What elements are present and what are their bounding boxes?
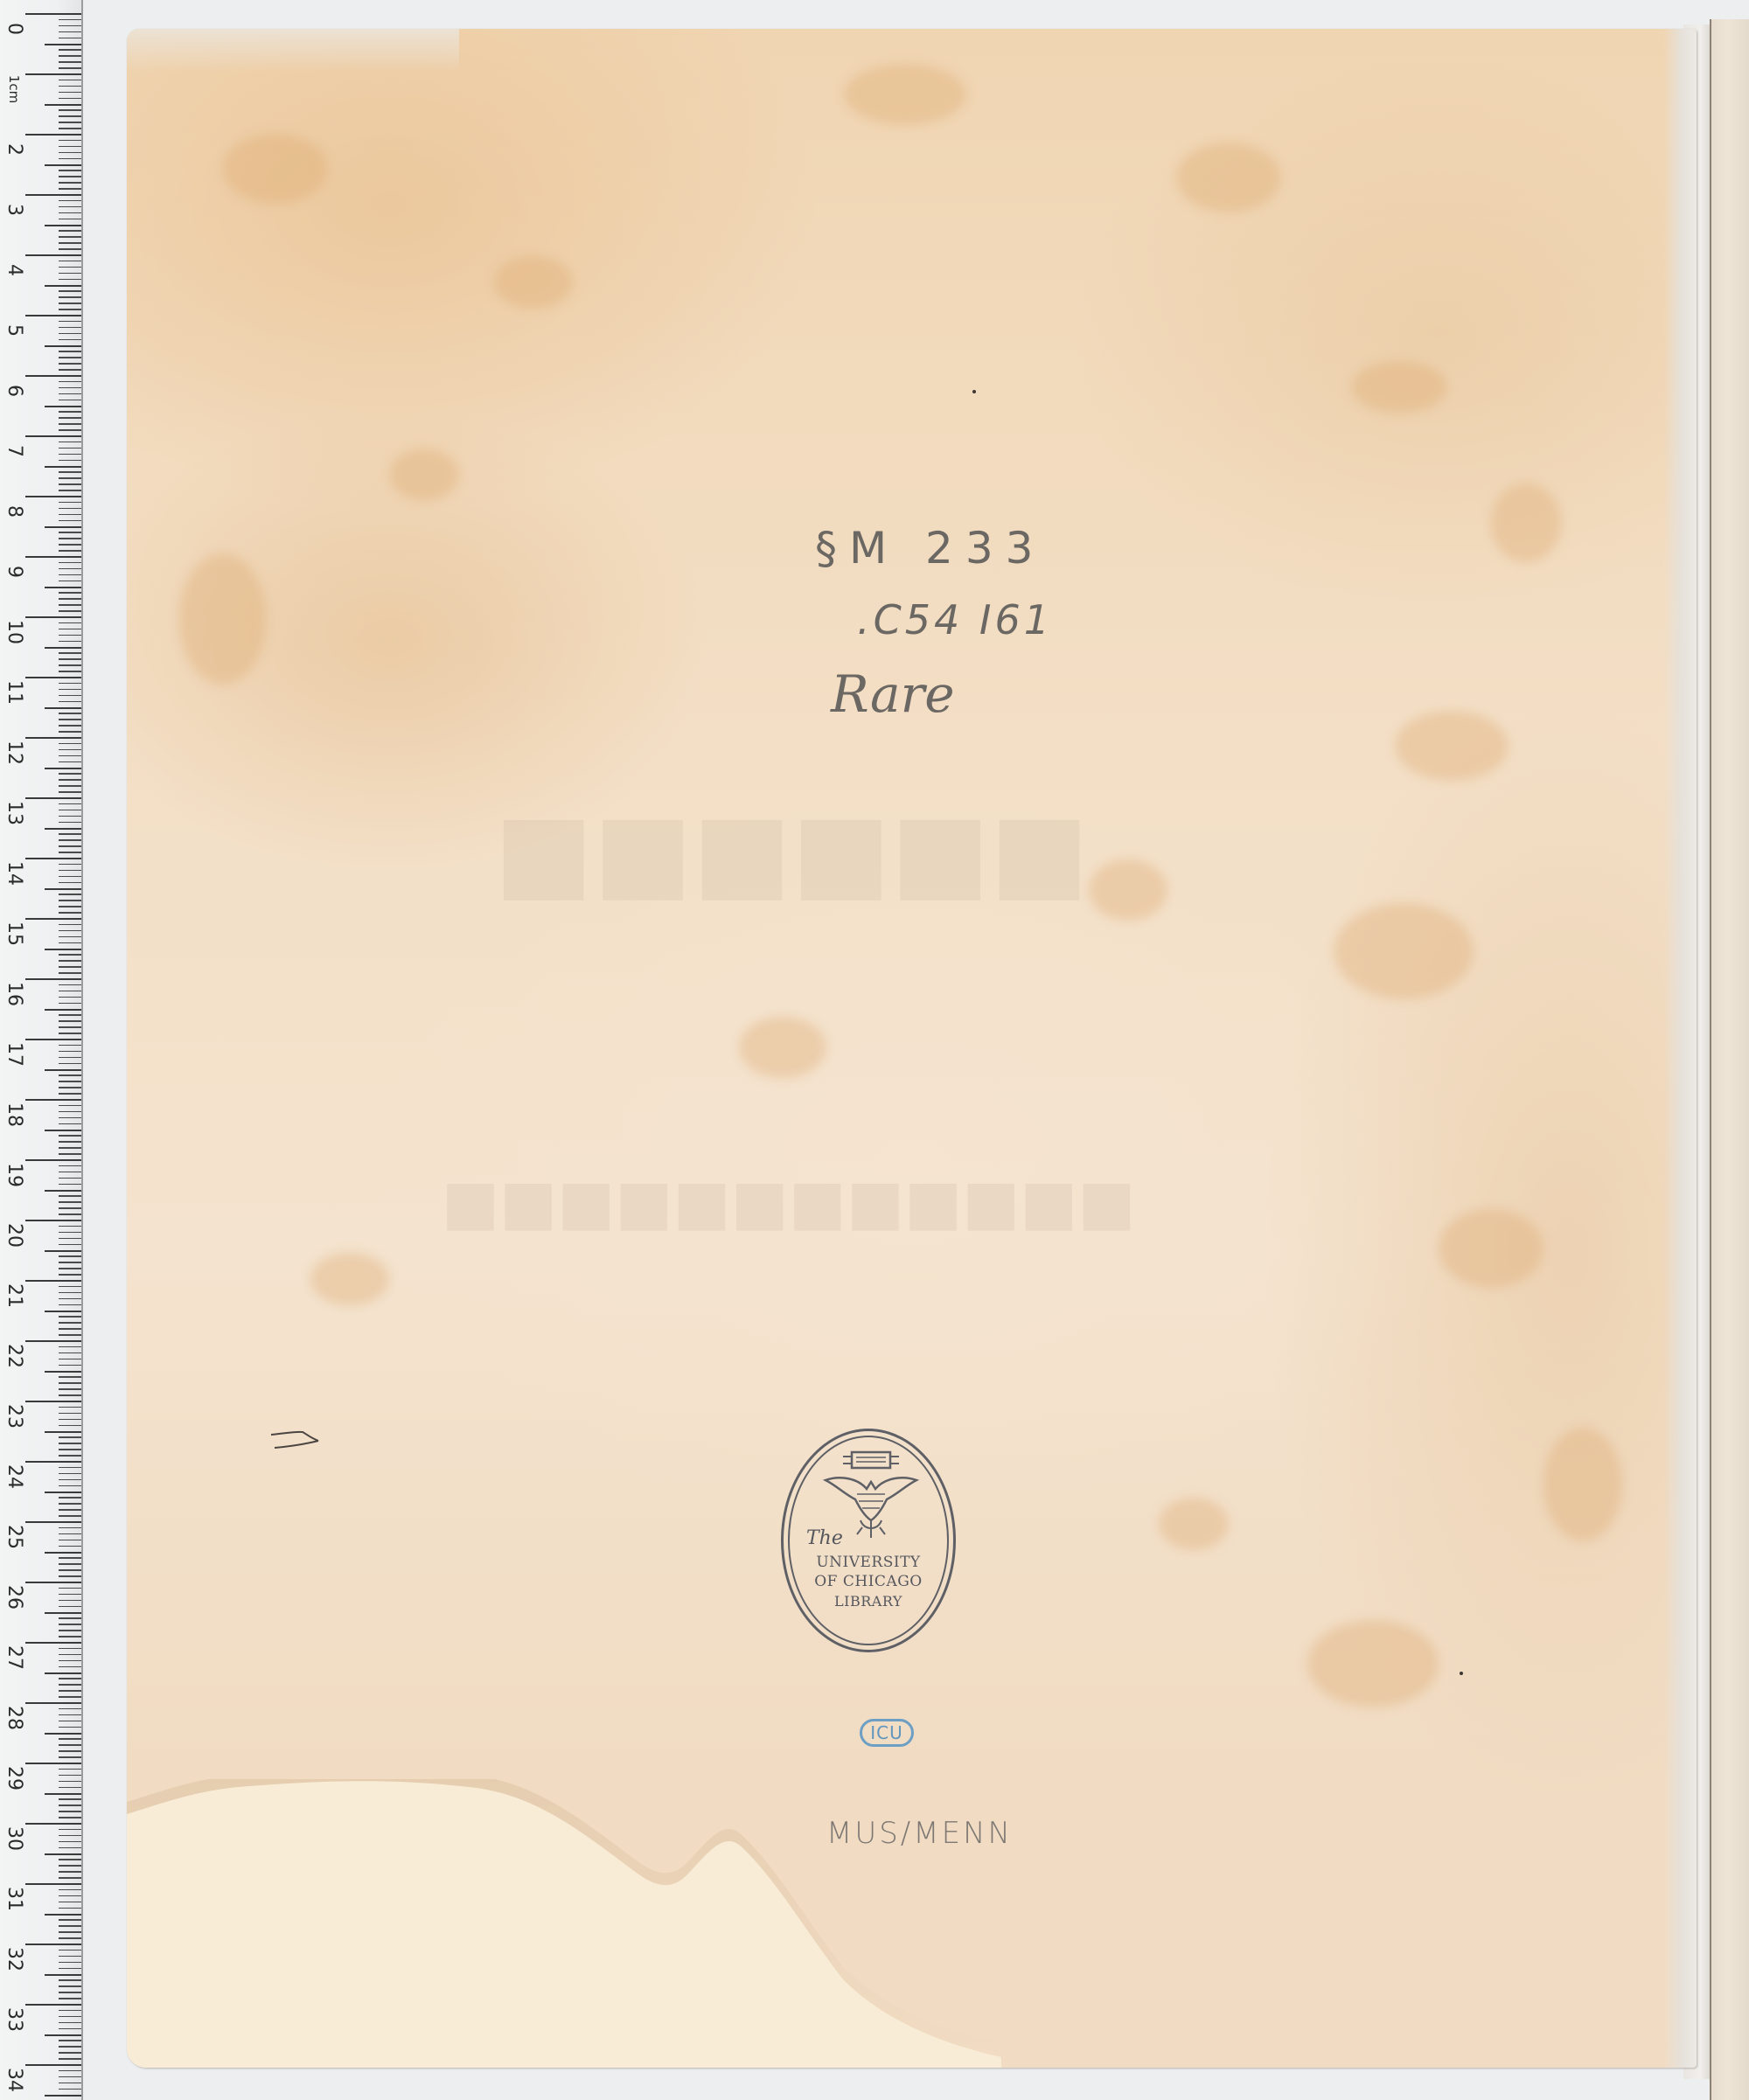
ruler-tick xyxy=(59,562,81,564)
ruler-label: 18 xyxy=(2,1102,26,1127)
ruler-tick xyxy=(25,2064,81,2066)
ruler-tick xyxy=(59,1546,81,1547)
ruler-tick xyxy=(59,1769,81,1770)
ruler-tick xyxy=(59,870,81,872)
ruler-tick xyxy=(59,1696,81,1698)
ruler-tick xyxy=(59,49,81,51)
ruler-tick xyxy=(59,1877,81,1879)
ruler-tick xyxy=(59,1238,81,1240)
ruler-tick xyxy=(25,1280,81,1282)
ruler-tick xyxy=(59,1449,81,1450)
document-page: ■■■■■■ ■■■■■■■■■■■■ xyxy=(127,29,1697,2068)
ruler-tick xyxy=(59,1727,81,1728)
ruler-tick xyxy=(59,1956,81,1957)
ruler-tick xyxy=(45,707,81,709)
ruler-tick xyxy=(59,1925,81,1927)
page-right-edge xyxy=(1663,29,1697,2068)
ruler-tick xyxy=(59,1630,81,1631)
call-number-line-3: Rare xyxy=(831,664,955,724)
ruler-tick xyxy=(25,858,81,859)
ruler-tick xyxy=(59,1600,81,1602)
ruler-label: 10 xyxy=(2,620,26,644)
ruler-tick xyxy=(59,544,81,546)
ruler-tick xyxy=(59,1787,81,1789)
ruler-tick xyxy=(59,791,81,793)
ruler-label: 8 xyxy=(2,499,26,524)
ruler-tick xyxy=(59,1322,81,1324)
ruler-tick xyxy=(59,1937,81,1939)
ruler-tick xyxy=(45,44,81,45)
ruler-tick xyxy=(59,80,81,81)
ruler-tick xyxy=(59,876,81,878)
ruler-tick xyxy=(59,671,81,672)
ruler-tick xyxy=(59,1298,81,1300)
ruler-tick xyxy=(59,67,81,69)
ruler-tick xyxy=(59,1063,81,1065)
ruler-label: 11 xyxy=(2,680,26,705)
ruler-tick xyxy=(59,122,81,123)
ruler-tick xyxy=(59,1057,81,1059)
ruler-tick xyxy=(59,1328,81,1330)
ruler-tick xyxy=(45,949,81,950)
ruler-tick xyxy=(59,471,81,473)
ruler-tick xyxy=(59,1889,81,1891)
ruler-tick xyxy=(59,984,81,986)
ruler-tick xyxy=(59,701,81,703)
ruler-tick xyxy=(59,574,81,576)
ruler-tick xyxy=(59,581,81,582)
stamp-line-university: UNIVERSITY xyxy=(784,1554,953,1571)
ruler-tick xyxy=(59,1292,81,1294)
ruler-tick xyxy=(59,773,81,775)
ruler-tick xyxy=(59,725,81,727)
ruler-tick xyxy=(59,140,81,142)
ruler-label: 14 xyxy=(2,861,26,886)
measuring-ruler: 01cm234567891011121314151617181920212223… xyxy=(0,0,83,2100)
ruler-tick xyxy=(59,309,81,310)
ruler-tick xyxy=(59,641,81,643)
ruler-tick xyxy=(59,1908,81,1909)
ruler-label: 19 xyxy=(2,1163,26,1187)
ruler-tick xyxy=(59,629,81,630)
ruler-tick xyxy=(59,1744,81,1746)
ruler-tick xyxy=(45,828,81,830)
ruler-tick xyxy=(59,520,81,522)
ruler-tick xyxy=(59,2046,81,2048)
ruler-tick xyxy=(45,1069,81,1071)
ruler-tick xyxy=(59,363,81,365)
ruler-tick xyxy=(59,1678,81,1679)
ruler-tick xyxy=(59,182,81,184)
ruler-tick xyxy=(59,1045,81,1047)
ruler-tick xyxy=(59,219,81,220)
ruler-tick xyxy=(59,1804,81,1806)
ruler-tick xyxy=(59,2022,81,2024)
ruler-tick xyxy=(59,991,81,992)
ruler-tick xyxy=(59,1829,81,1831)
ink-speck xyxy=(1460,1672,1463,1675)
ruler-tick xyxy=(59,785,81,787)
ruler-tick xyxy=(45,1853,81,1855)
ruler-tick xyxy=(59,683,81,685)
ruler-tick xyxy=(59,924,81,926)
ruler-tick xyxy=(59,1286,81,1288)
ruler-tick xyxy=(59,290,81,292)
ruler-tick xyxy=(59,810,81,811)
ruler-label: 5 xyxy=(2,318,26,343)
ruler-tick xyxy=(59,852,81,853)
ruler-tick xyxy=(59,188,81,190)
ruler-tick xyxy=(59,1467,81,1469)
ruler-tick xyxy=(59,2016,81,2018)
ruler-tick xyxy=(59,98,81,100)
ruler-tick xyxy=(25,315,81,316)
ruler-tick xyxy=(59,1141,81,1143)
ruler-tick xyxy=(25,737,81,739)
ruler-tick xyxy=(25,1039,81,1040)
ruler-tick xyxy=(59,490,81,491)
ruler-tick xyxy=(59,1563,81,1565)
ruler-tick xyxy=(59,2076,81,2078)
ruler-tick xyxy=(59,1074,81,1076)
ruler-label: 6 xyxy=(2,379,26,403)
ruler-tick xyxy=(45,1311,81,1312)
ruler-tick xyxy=(59,514,81,516)
ruler-tick xyxy=(59,1274,81,1276)
ruler-tick xyxy=(25,1582,81,1583)
ruler-tick xyxy=(25,13,81,15)
ruler-tick xyxy=(59,417,81,419)
ruler-tick xyxy=(25,1883,81,1885)
ruler-tick xyxy=(59,1895,81,1897)
ruler-tick xyxy=(25,1823,81,1825)
ruler-tick xyxy=(59,2052,81,2054)
ruler-label: 29 xyxy=(2,1766,26,1791)
ruler-tick xyxy=(59,1268,81,1269)
foxing-spot xyxy=(389,449,459,501)
foxing-spot xyxy=(1351,361,1447,414)
ruler-tick xyxy=(59,1509,81,1511)
ruler-label: 31 xyxy=(2,1887,26,1911)
ruler-tick xyxy=(59,1201,81,1203)
ruler-label: 22 xyxy=(2,1344,26,1368)
ruler-tick xyxy=(59,483,81,485)
ruler-tick xyxy=(59,1165,81,1167)
ruler-tick xyxy=(59,442,81,443)
ruler-tick xyxy=(59,779,81,781)
ruler-tick xyxy=(59,279,81,281)
ruler-tick xyxy=(25,616,81,618)
ruler-tick xyxy=(25,1944,81,1945)
ruler-label: 15 xyxy=(2,921,26,946)
ruler-tick xyxy=(59,1388,81,1390)
ruler-tick xyxy=(45,1492,81,1493)
ruler-tick xyxy=(59,1117,81,1119)
ruler-tick xyxy=(59,538,81,539)
library-ownership-stamp: The UNIVERSITY OF CHICAGO LIBRARY xyxy=(781,1429,956,1652)
ruler-tick xyxy=(59,1950,81,1951)
ruler-tick xyxy=(59,1213,81,1215)
ruler-tick xyxy=(25,797,81,799)
ruler-tick xyxy=(59,972,81,974)
ruler-tick xyxy=(59,55,81,57)
ruler-label: 27 xyxy=(2,1645,26,1670)
ruler-tick xyxy=(59,1003,81,1005)
ruler-tick xyxy=(59,1660,81,1662)
ruler-tick xyxy=(59,1473,81,1475)
ruler-tick xyxy=(59,936,81,938)
ruler-tick xyxy=(25,2004,81,2006)
ruler-tick xyxy=(59,1455,81,1457)
ruler-tick xyxy=(45,2034,81,2036)
ruler-tick xyxy=(59,1376,81,1378)
foxing-spot xyxy=(1159,1498,1229,1550)
ruler-tick xyxy=(59,1135,81,1137)
ruler-tick xyxy=(59,2083,81,2084)
ruler-label: 13 xyxy=(2,801,26,825)
ruler-tick xyxy=(59,1714,81,1716)
ruler-tick xyxy=(59,333,81,335)
ruler-tick xyxy=(59,176,81,177)
ruler-tick xyxy=(25,556,81,558)
ruler-tick xyxy=(59,1817,81,1818)
ruler-tick xyxy=(59,1533,81,1535)
ruler-tick xyxy=(59,882,81,884)
ruler-tick xyxy=(59,158,81,160)
ruler-tick xyxy=(25,1099,81,1101)
ruler-label: 12 xyxy=(2,741,26,765)
foxing-spot xyxy=(1395,711,1509,781)
ruler-tick xyxy=(59,1334,81,1336)
ruler-tick xyxy=(59,1014,81,1016)
ruler-tick xyxy=(59,1738,81,1740)
stamp-line-of-chicago: OF CHICAGO xyxy=(784,1573,953,1590)
ruler-tick xyxy=(25,194,81,196)
ruler-tick xyxy=(59,1775,81,1777)
worn-top-corner xyxy=(127,29,459,73)
ruler-tick xyxy=(59,1244,81,1246)
foxing-spot xyxy=(179,553,267,685)
ruler-tick xyxy=(59,1557,81,1559)
ruler-tick xyxy=(59,1985,81,1987)
ruler-tick xyxy=(59,1865,81,1867)
ruler-tick xyxy=(59,230,81,232)
ruler-tick xyxy=(59,1394,81,1396)
ruler-tick xyxy=(59,86,81,87)
call-number-line-1: §M 233 xyxy=(815,523,1045,574)
ruler-tick xyxy=(59,393,81,395)
ruler-label: 32 xyxy=(2,1947,26,1971)
ruler-tick xyxy=(59,1153,81,1155)
ruler-tick xyxy=(59,1020,81,1022)
ruler-tick xyxy=(45,888,81,890)
ruler-tick xyxy=(59,477,81,479)
ruler-tick xyxy=(59,930,81,932)
ruler-tick xyxy=(59,1419,81,1421)
ruler-tick xyxy=(59,1654,81,1656)
ruler-tick xyxy=(59,942,81,944)
ruler-tick xyxy=(45,225,81,226)
ruler-tick xyxy=(59,997,81,998)
ruler-tick xyxy=(59,146,81,148)
ruler-tick xyxy=(59,2058,81,2060)
ruler-tick xyxy=(59,2070,81,2072)
ruler-tick xyxy=(59,731,81,733)
ruler-tick xyxy=(59,1871,81,1873)
ruler-tick xyxy=(59,1721,81,1722)
ruler-tick xyxy=(25,1340,81,1342)
adjacent-leaf xyxy=(1710,19,1749,2100)
ruler-tick xyxy=(59,206,81,208)
ruler-label: 26 xyxy=(2,1585,26,1610)
ruler-label: 23 xyxy=(2,1404,26,1429)
ruler-tick xyxy=(45,1250,81,1252)
ruler-tick xyxy=(59,1081,81,1082)
ruler-tick xyxy=(59,109,81,111)
ruler-tick xyxy=(59,622,81,624)
ruler-tick xyxy=(59,1540,81,1541)
ruler-tick xyxy=(45,104,81,106)
ruler-tick xyxy=(59,1636,81,1638)
foxing-spot xyxy=(494,256,573,309)
ruler-tick xyxy=(59,351,81,352)
ruler-tick xyxy=(59,1902,81,1903)
ruler-tick xyxy=(59,755,81,757)
ink-speck xyxy=(972,390,976,393)
ruler-tick xyxy=(59,212,81,214)
call-number-line-2: .C54 I61 xyxy=(857,596,1053,643)
ruler-tick xyxy=(25,1521,81,1523)
ruler-tick xyxy=(45,2095,81,2097)
ruler-tick xyxy=(59,1207,81,1209)
ruler-tick xyxy=(59,92,81,94)
ruler-tick xyxy=(59,460,81,462)
ruler-tick xyxy=(59,1648,81,1650)
ruler-tick xyxy=(59,1847,81,1849)
foxing-spot xyxy=(739,1017,826,1078)
ruler-tick xyxy=(59,1087,81,1088)
ruler-tick xyxy=(59,400,81,401)
ruler-tick xyxy=(45,1612,81,1614)
ruler-tick xyxy=(25,1220,81,1221)
ruler-tick xyxy=(59,894,81,895)
ruler-tick xyxy=(25,978,81,980)
ruler-tick xyxy=(59,170,81,171)
ruler-tick xyxy=(59,1497,81,1499)
ruler-label: 7 xyxy=(2,439,26,463)
ruler-tick xyxy=(59,1781,81,1783)
ruler-tick xyxy=(59,1708,81,1710)
ruler-label: 28 xyxy=(2,1706,26,1730)
ruler-tick xyxy=(59,1666,81,1668)
ruler-tick xyxy=(45,285,81,287)
ruler-tick xyxy=(59,906,81,907)
foxing-spot xyxy=(1089,859,1167,921)
ruler-tick xyxy=(59,1992,81,1993)
ruler-tick xyxy=(59,1515,81,1517)
ruler-tick xyxy=(59,1255,81,1257)
ruler-tick xyxy=(59,954,81,956)
ruler-tick xyxy=(59,1606,81,1608)
ruler-tick xyxy=(59,267,81,268)
ruler-tick xyxy=(59,1575,81,1577)
ruler-tick xyxy=(59,38,81,39)
ruler-tick xyxy=(59,296,81,298)
ruler-tick xyxy=(59,658,81,660)
ruler-tick xyxy=(25,1159,81,1161)
ruler-tick xyxy=(59,1859,81,1860)
ruler-tick xyxy=(25,134,81,136)
foxing-spot xyxy=(844,64,966,125)
ruler-tick xyxy=(25,1461,81,1463)
ruler-tick xyxy=(25,1401,81,1402)
ruler-tick xyxy=(59,1413,81,1415)
ruler-tick xyxy=(59,1352,81,1354)
ruler-label: 24 xyxy=(2,1464,26,1489)
ruler-tick xyxy=(45,466,81,468)
ruler-tick xyxy=(59,31,81,33)
ruler-tick xyxy=(59,19,81,21)
ruler-label: 25 xyxy=(2,1525,26,1549)
ruler-tick xyxy=(59,1998,81,1999)
ruler-tick xyxy=(45,1130,81,1131)
ruler-tick xyxy=(59,302,81,304)
ruler-tick xyxy=(59,200,81,202)
ruler-tick xyxy=(45,1371,81,1373)
ruler-tick xyxy=(59,568,81,570)
ruler-tick xyxy=(59,508,81,510)
foxing-spot xyxy=(1334,903,1474,999)
ruler-tick xyxy=(25,918,81,920)
ruler-tick xyxy=(59,912,81,914)
ruler-tick xyxy=(59,1485,81,1487)
ruler-tick xyxy=(59,1798,81,1800)
stamp-line-library: LIBRARY xyxy=(784,1593,953,1610)
ruler-tick xyxy=(45,406,81,407)
paper-tone xyxy=(127,29,1697,2068)
ruler-tick xyxy=(59,1569,81,1571)
ruler-tick xyxy=(45,1672,81,1674)
ruler-tick xyxy=(59,1365,81,1366)
ruler-tick xyxy=(25,73,81,75)
ruler-tick xyxy=(59,1033,81,1034)
ruler-tick xyxy=(59,423,81,425)
ruler-tick xyxy=(59,803,81,805)
ruler-tick xyxy=(59,242,81,244)
ruler-tick xyxy=(45,164,81,166)
ruler-label: 2 xyxy=(2,137,26,162)
ruler-tick xyxy=(59,1123,81,1125)
ruler-tick xyxy=(59,1304,81,1306)
ruler-tick xyxy=(59,1479,81,1481)
ruler-label: 0 xyxy=(2,17,26,41)
ruler-tick xyxy=(59,273,81,275)
ruler-tick xyxy=(59,1690,81,1692)
ruler-tick xyxy=(59,816,81,817)
ruler-tick xyxy=(59,550,81,552)
ruler-tick xyxy=(59,864,81,866)
collection-note: MUS/MENN xyxy=(826,1816,1013,1851)
ruler-tick xyxy=(45,1009,81,1011)
ruler-tick xyxy=(59,1811,81,1812)
ruler-tick xyxy=(59,761,81,763)
ruler-tick xyxy=(25,254,81,256)
ruler-label: 34 xyxy=(2,2068,26,2092)
ruler-tick xyxy=(59,1750,81,1752)
ruler-tick xyxy=(45,1733,81,1735)
ruler-tick xyxy=(59,604,81,606)
ruler-tick xyxy=(59,652,81,654)
